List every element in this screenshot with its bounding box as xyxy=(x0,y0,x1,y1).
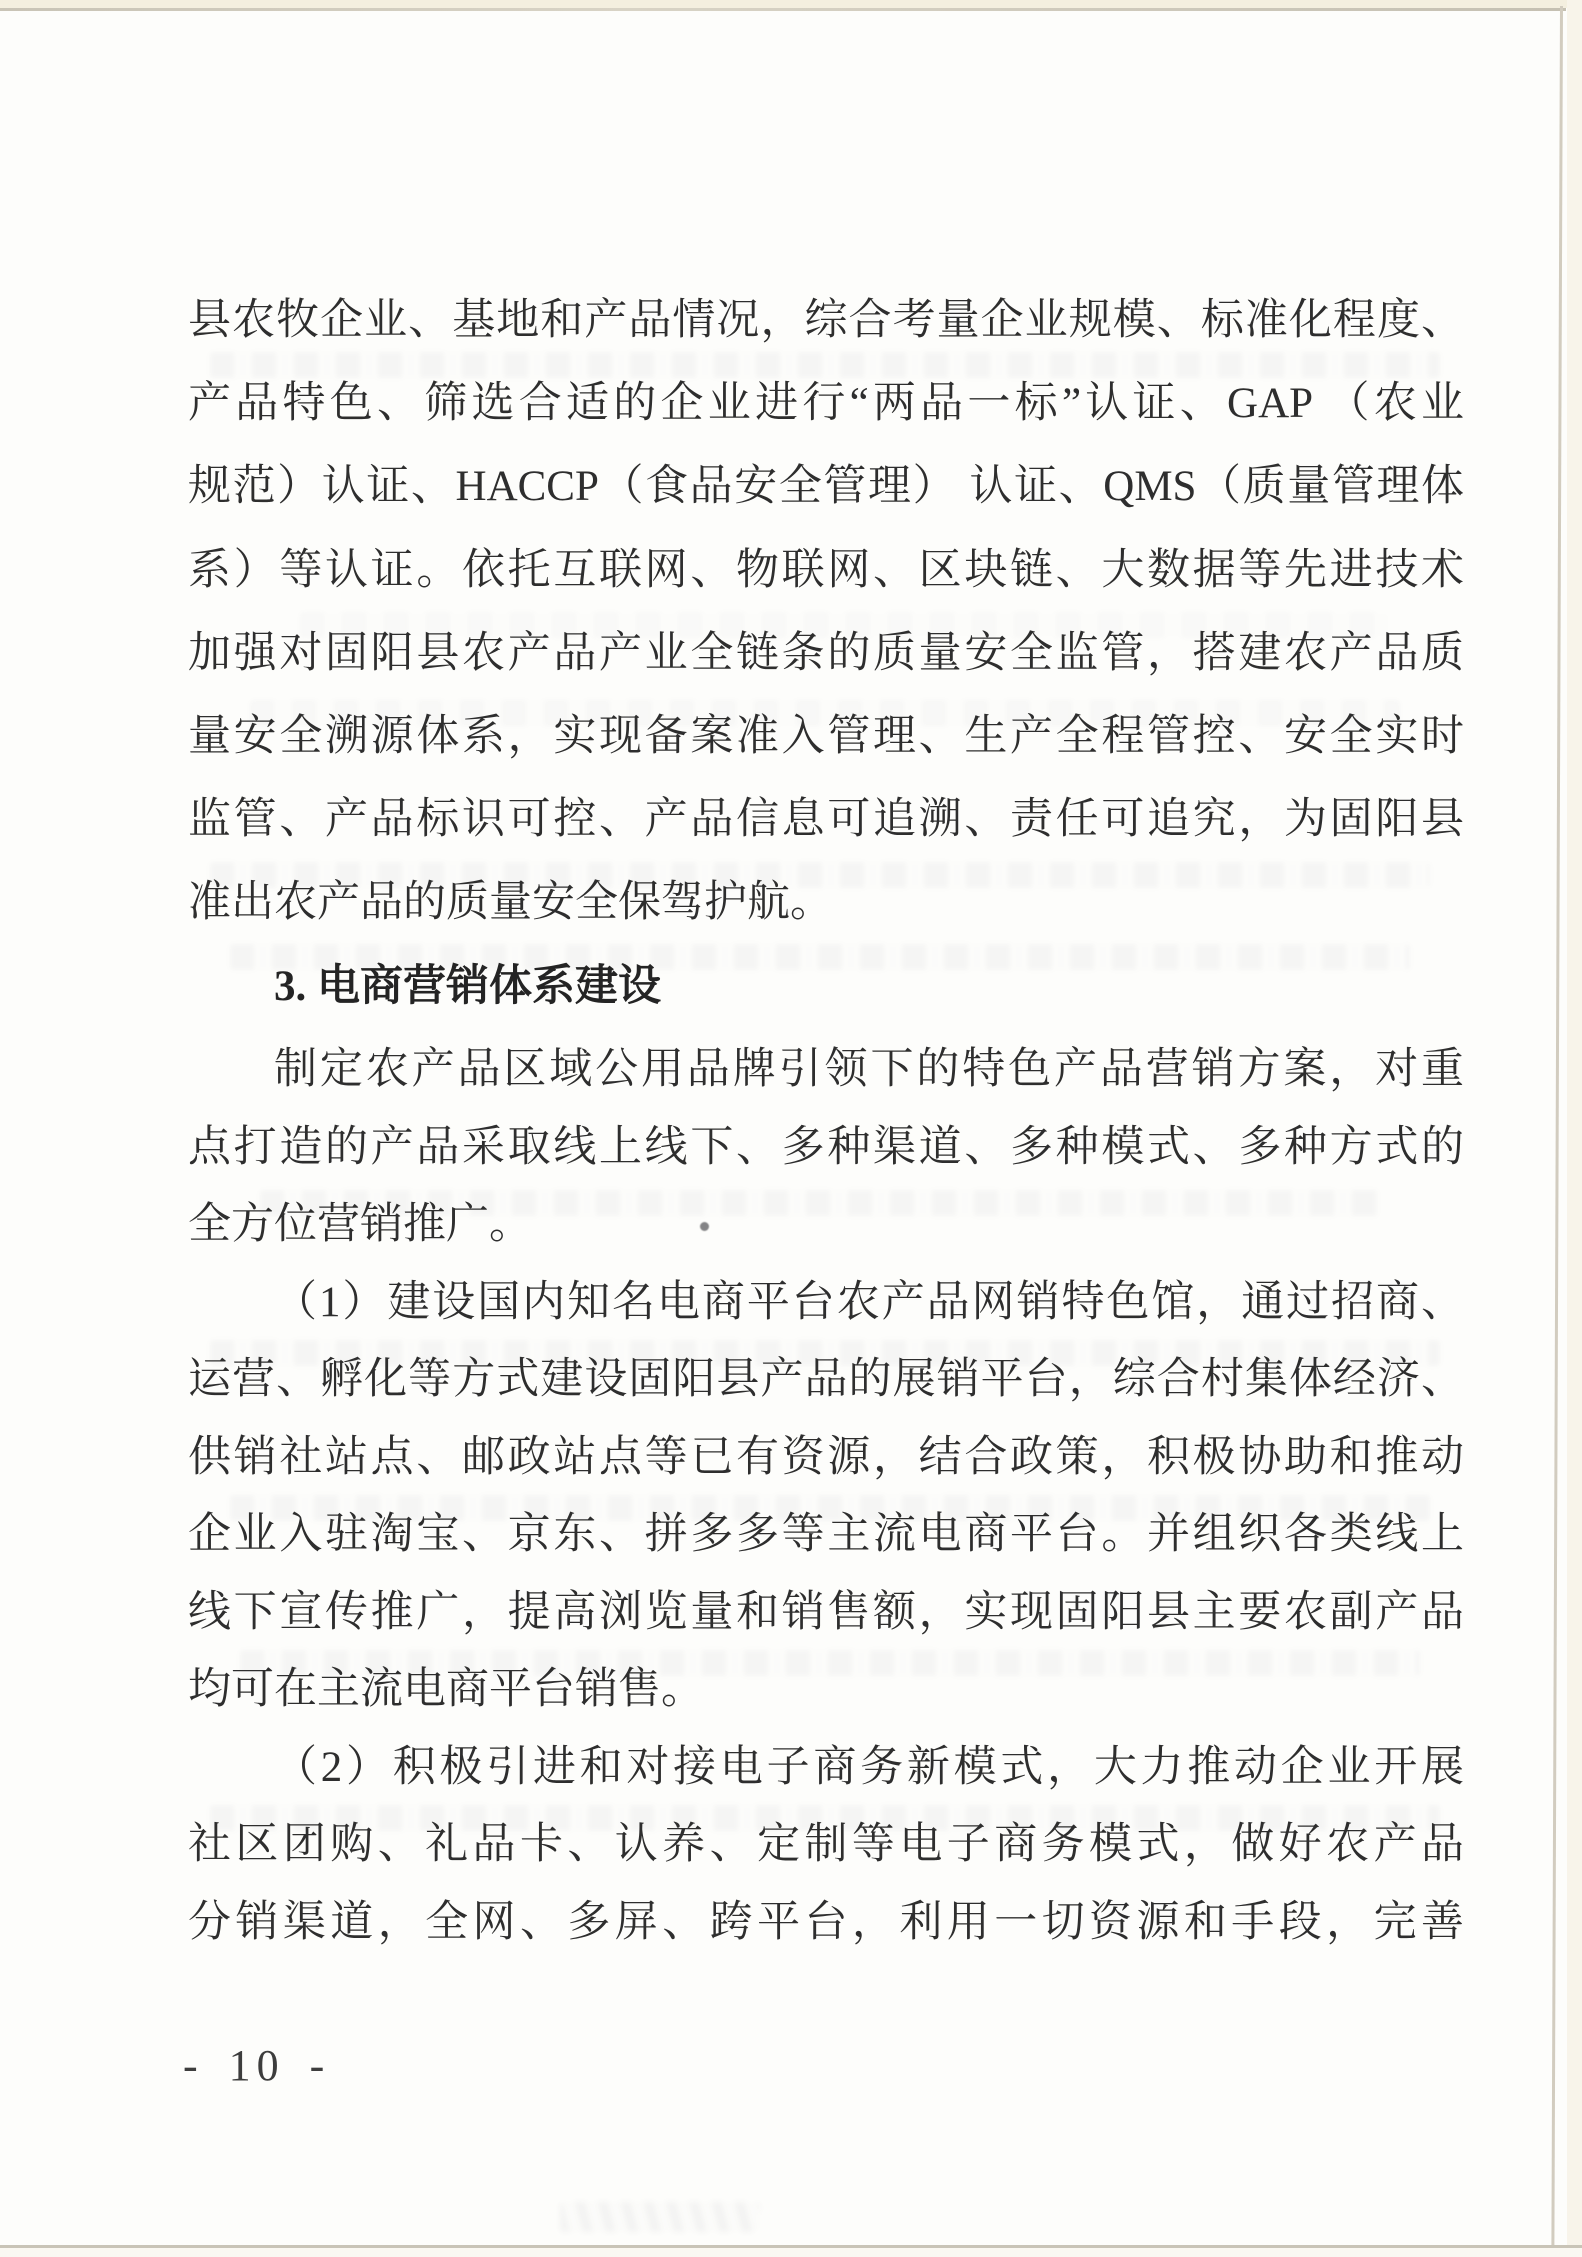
scanned-document-page: 县农牧企业、基地和产品情况，综合考量企业规模、标准化程度、 产品特色、筛选合适的… xyxy=(0,0,1582,2257)
scan-edge-top-band xyxy=(0,0,1582,8)
scan-edge-right-band xyxy=(1567,0,1582,2257)
text-line: 全方位营销推广。 xyxy=(188,1186,1464,1264)
text-line: 企业入驻淘宝、京东、拼多多等主流电商平台。并组织各类线上 xyxy=(188,1496,1464,1574)
text-line: 点打造的产品采取线上线下、多种渠道、多种模式、多种方式的 xyxy=(188,1109,1464,1187)
scan-edge-bottom-line xyxy=(0,2245,1582,2248)
scan-edge-right-line xyxy=(1551,6,1563,2257)
text-line: 社区团购、礼品卡、认养、定制等电子商务模式，做好农产品 xyxy=(188,1806,1464,1884)
text-line: 准出农产品的质量安全保驾护航。 xyxy=(188,861,1464,944)
text-line: 县农牧企业、基地和产品情况，综合考量企业规模、标准化程度、 xyxy=(188,279,1464,362)
text-line: （2）积极引进和对接电子商务新模式，大力推动企业开展 xyxy=(188,1729,1464,1807)
body-text-upper: 县农牧企业、基地和产品情况，综合考量企业规模、标准化程度、 产品特色、筛选合适的… xyxy=(188,279,1464,1028)
text-line: 量安全溯源体系，实现备案准入管理、生产全程管控、安全实时 xyxy=(188,695,1464,778)
text-line: 系）等认证。依托互联网、物联网、区块链、大数据等先进技术 xyxy=(188,529,1464,612)
text-line: 监管、产品标识可控、产品信息可追溯、责任可追究，为固阳县 xyxy=(188,778,1464,861)
text-line: 运营、孵化等方式建设固阳县产品的展销平台，综合村集体经济、 xyxy=(188,1341,1464,1419)
text-line: 产品特色、筛选合适的企业进行“两品一标”认证、GAP （农业 xyxy=(188,362,1464,445)
text-line: 线下宣传推广，提高浏览量和销售额，实现固阳县主要农副产品 xyxy=(188,1574,1464,1652)
text-line: 加强对固阳县农产品产业全链条的质量安全监管，搭建农产品质 xyxy=(188,612,1464,695)
section-heading: 3. 电商营销体系建设 xyxy=(188,945,1464,1028)
text-line: （1）建设国内知名电商平台农产品网销特色馆，通过招商、 xyxy=(188,1264,1464,1342)
text-line: 供销社站点、邮政站点等已有资源，结合政策，积极协助和推动 xyxy=(188,1419,1464,1497)
scan-smudge-artifact xyxy=(560,2202,760,2232)
page-number: - 10 - xyxy=(183,2042,330,2090)
body-text-lower: 制定农产品区域公用品牌引领下的特色产品营销方案，对重 点打造的产品采取线上线下、… xyxy=(188,1031,1464,1961)
text-line: 分销渠道，全网、多屏、跨平台，利用一切资源和手段，完善 xyxy=(188,1884,1464,1962)
scan-edge-bottom-band xyxy=(0,2248,1582,2257)
scan-edge-top-line xyxy=(0,8,1566,11)
text-line: 制定农产品区域公用品牌引领下的特色产品营销方案，对重 xyxy=(188,1031,1464,1109)
text-line: 规范）认证、HACCP（食品安全管理） 认证、QMS（质量管理体 xyxy=(188,445,1464,528)
text-line: 均可在主流电商平台销售。 xyxy=(188,1651,1464,1729)
